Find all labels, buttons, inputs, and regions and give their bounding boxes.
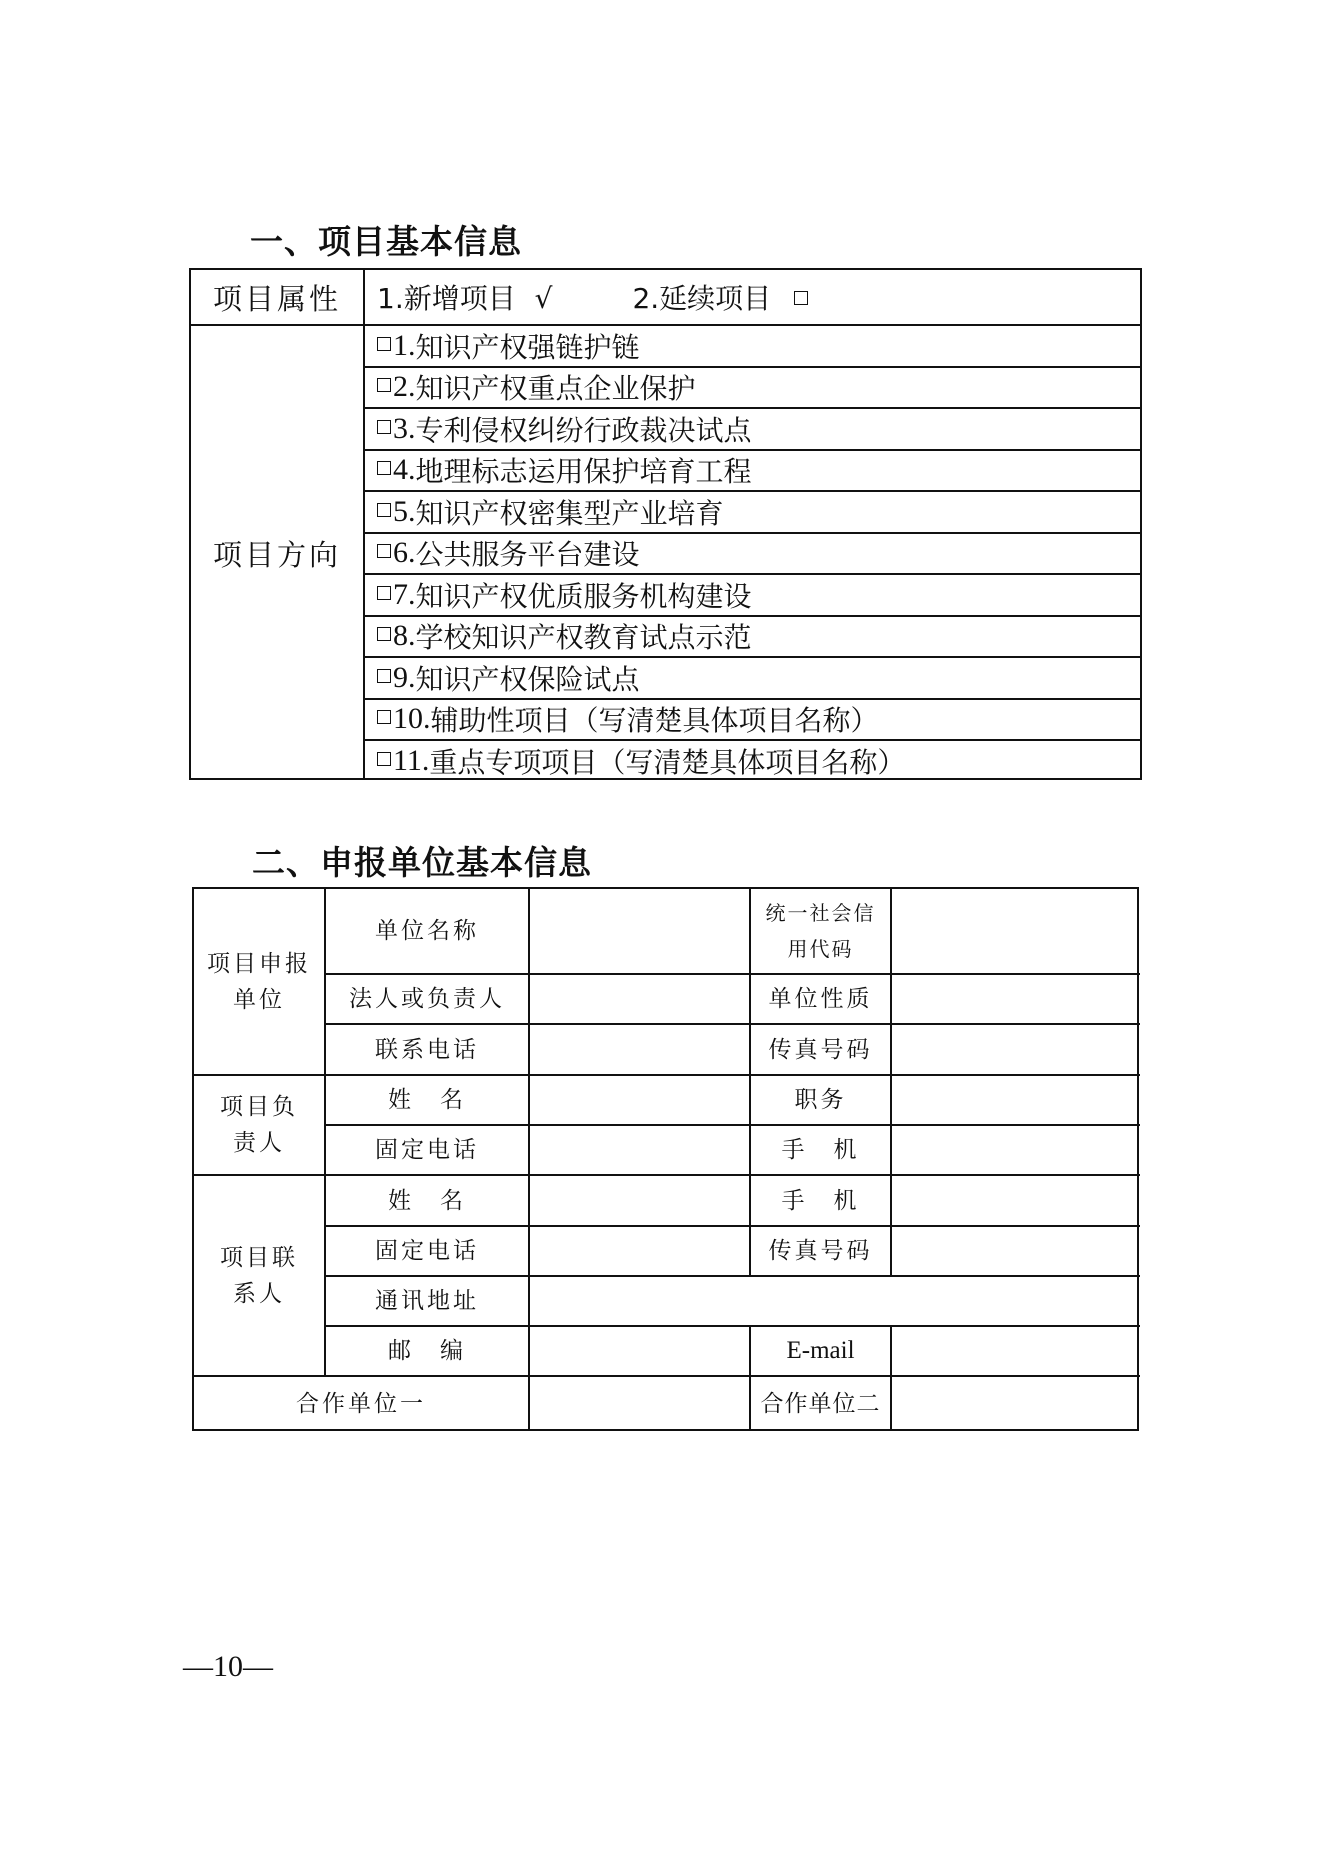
label-partner2: 合作单位二 bbox=[749, 1375, 890, 1431]
checkbox-icon[interactable] bbox=[377, 337, 391, 351]
checkbox-icon[interactable] bbox=[377, 669, 391, 683]
legal-rep-field[interactable] bbox=[528, 973, 749, 1023]
checkmark-icon: √ bbox=[535, 282, 553, 315]
checkbox-icon[interactable] bbox=[377, 461, 391, 475]
label-legal-rep: 法人或负责人 bbox=[324, 973, 528, 1023]
direction-option-6[interactable]: 6.公共服务平台建设 bbox=[363, 532, 1141, 574]
label-contact-postcode: 邮 编 bbox=[324, 1325, 528, 1375]
partner2-field[interactable] bbox=[890, 1375, 1140, 1431]
label-leader-landline: 固定电话 bbox=[324, 1124, 528, 1174]
leader-landline-field[interactable] bbox=[528, 1124, 749, 1174]
checkbox-icon[interactable] bbox=[377, 420, 391, 434]
label-unit-fax: 传真号码 bbox=[749, 1023, 890, 1074]
direction-option-9[interactable]: 9.知识产权保险试点 bbox=[363, 656, 1141, 698]
direction-option-8[interactable]: 8.学校知识产权教育试点示范 bbox=[363, 615, 1141, 657]
group-project-leader: 项目负责人 bbox=[194, 1074, 324, 1174]
label-partner1: 合作单位一 bbox=[194, 1375, 528, 1431]
contact-fax-field[interactable] bbox=[890, 1225, 1140, 1275]
section1-heading: 一、项目基本信息 bbox=[250, 222, 522, 262]
direction-option-5[interactable]: 5.知识产权密集型产业培育 bbox=[363, 490, 1141, 532]
unit-phone-field[interactable] bbox=[528, 1023, 749, 1074]
applicant-info-table: 项目申报单位 项目负责人 项目联系人 单位名称 统一社会信用代码 法人或负责人 … bbox=[192, 887, 1139, 1431]
direction-option-3[interactable]: 3.专利侵权纠纷行政裁决试点 bbox=[363, 407, 1141, 449]
credit-code-field[interactable] bbox=[890, 889, 1140, 973]
group-project-contact: 项目联系人 bbox=[194, 1174, 324, 1375]
leader-name-field[interactable] bbox=[528, 1074, 749, 1124]
label-unit-nature: 单位性质 bbox=[749, 973, 890, 1023]
contact-address-field[interactable] bbox=[528, 1275, 1140, 1325]
contact-email-field[interactable] bbox=[890, 1325, 1140, 1375]
group-applicant-unit: 项目申报单位 bbox=[194, 889, 324, 1074]
attribute-options: 1.新增项目 √ 2.延续项目 bbox=[363, 270, 1141, 324]
project-basic-info-table: 项目属性 1.新增项目 √ 2.延续项目 项目方向 1.知识产权强链护链 2.知… bbox=[189, 268, 1142, 780]
checkbox-icon[interactable] bbox=[377, 378, 391, 392]
label-contact-landline: 固定电话 bbox=[324, 1225, 528, 1275]
partner1-field[interactable] bbox=[528, 1375, 749, 1431]
leader-mobile-field[interactable] bbox=[890, 1124, 1140, 1174]
label-contact-fax: 传真号码 bbox=[749, 1225, 890, 1275]
contact-postcode-field[interactable] bbox=[528, 1325, 749, 1375]
direction-label: 项目方向 bbox=[191, 324, 363, 780]
checkbox-icon[interactable] bbox=[377, 586, 391, 600]
checkbox-icon[interactable] bbox=[377, 627, 391, 641]
label-leader-name: 姓 名 bbox=[324, 1074, 528, 1124]
checkbox-icon bbox=[780, 282, 810, 315]
checkbox-icon[interactable] bbox=[377, 752, 391, 766]
label-contact-email: E-mail bbox=[749, 1325, 890, 1375]
direction-option-1[interactable]: 1.知识产权强链护链 bbox=[363, 324, 1141, 366]
leader-title-field[interactable] bbox=[890, 1074, 1140, 1124]
label-unit-name: 单位名称 bbox=[324, 889, 528, 973]
direction-option-10[interactable]: 10.辅助性项目（写清楚具体项目名称） bbox=[363, 698, 1141, 740]
page-number: —10— bbox=[183, 1650, 273, 1684]
option-new-project[interactable]: 1.新增项目 √ bbox=[377, 277, 552, 317]
label-credit-code: 统一社会信用代码 bbox=[749, 889, 890, 973]
direction-option-2[interactable]: 2.知识产权重点企业保护 bbox=[363, 366, 1141, 408]
attribute-label: 项目属性 bbox=[191, 270, 363, 324]
label-contact-address: 通讯地址 bbox=[324, 1275, 528, 1325]
direction-option-11[interactable]: 11.重点专项项目（写清楚具体项目名称） bbox=[363, 739, 1141, 780]
label-contact-name: 姓 名 bbox=[324, 1174, 528, 1225]
unit-nature-field[interactable] bbox=[890, 973, 1140, 1023]
label-leader-title: 职务 bbox=[749, 1074, 890, 1124]
checkbox-icon[interactable] bbox=[377, 544, 391, 558]
contact-mobile-field[interactable] bbox=[890, 1174, 1140, 1225]
section2-heading: 二、申报单位基本信息 bbox=[252, 843, 592, 883]
label-leader-mobile: 手 机 bbox=[749, 1124, 890, 1174]
checkbox-icon[interactable] bbox=[377, 503, 391, 517]
contact-name-field[interactable] bbox=[528, 1174, 749, 1225]
direction-option-7[interactable]: 7.知识产权优质服务机构建设 bbox=[363, 573, 1141, 615]
option-continued-project[interactable]: 2.延续项目 bbox=[632, 277, 810, 317]
label-contact-mobile: 手 机 bbox=[749, 1174, 890, 1225]
contact-landline-field[interactable] bbox=[528, 1225, 749, 1275]
direction-option-4[interactable]: 4.地理标志运用保护培育工程 bbox=[363, 449, 1141, 491]
checkbox-icon[interactable] bbox=[377, 710, 391, 724]
unit-fax-field[interactable] bbox=[890, 1023, 1140, 1074]
label-unit-phone: 联系电话 bbox=[324, 1023, 528, 1074]
unit-name-field[interactable] bbox=[528, 889, 749, 973]
